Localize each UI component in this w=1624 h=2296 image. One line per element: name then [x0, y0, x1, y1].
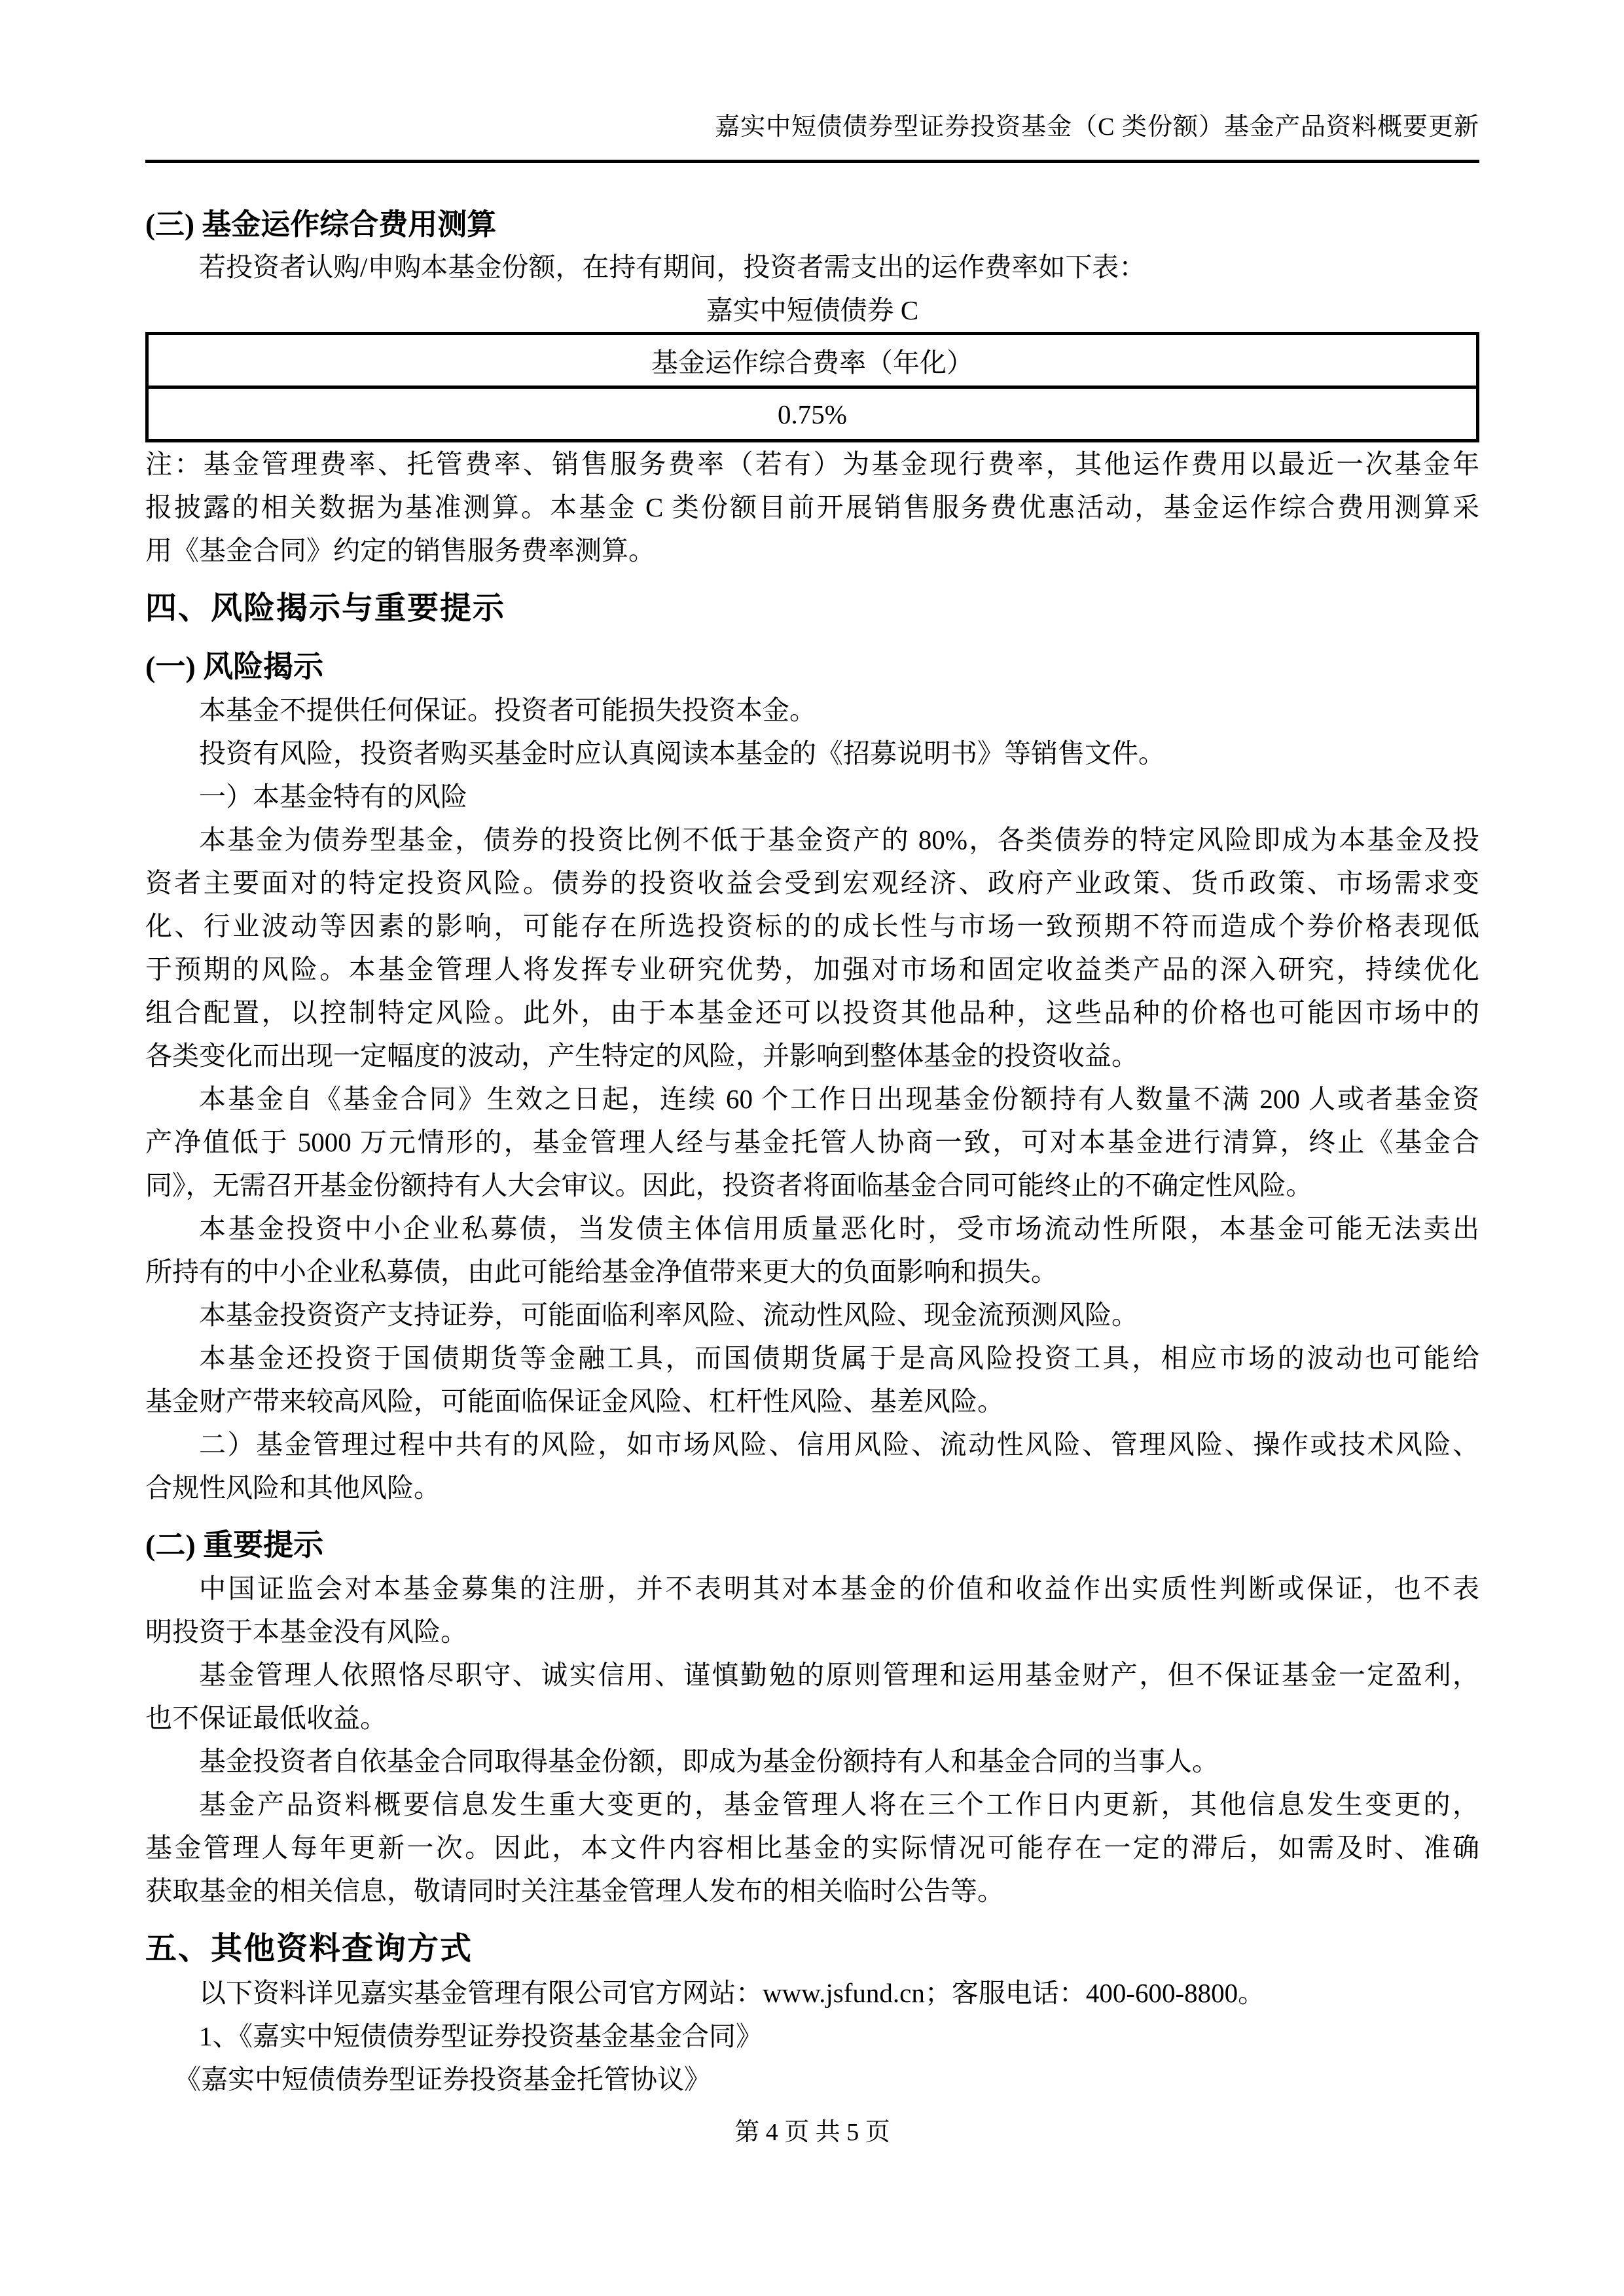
text-line: 本基金还投资于国债期货等金融工具，而国债期货属于是高风险投资工具，相应市场的波动…	[145, 1336, 1479, 1380]
fee-table-value-cell: 0.75%	[147, 387, 1478, 441]
text-line: 组合配置，以控制特定风险。此外，由于本基金还可以投资其他品种，这些品种的价格也可…	[145, 991, 1479, 1034]
text-line: 报披露的相关数据为基准测算。本基金 C 类份额目前开展销售服务费优惠活动，基金运…	[145, 486, 1479, 529]
text-line: 二）基金管理过程中共有的风险，如市场风险、信用风险、流动性风险、管理风险、操作或…	[145, 1423, 1479, 1466]
important-paragraph: 基金管理人依照恪尽职守、诚实信用、谨慎勤勉的原则管理和运用基金财产，但不保证基金…	[145, 1653, 1479, 1740]
subsection-heading-important-notes: (二) 重要提示	[145, 1524, 1479, 1567]
text-line: 本基金自《基金合同》生效之日起，连续 60 个工作日出现基金份额持有人数量不满 …	[145, 1077, 1479, 1121]
risk-paragraph: 投资有风险，投资者购买基金时应认真阅读本基金的《招募说明书》等销售文件。	[145, 732, 1479, 775]
text-line: 基金产品资料概要信息发生重大变更的，基金管理人将在三个工作日内更新，其他信息发生…	[145, 1783, 1479, 1826]
risk-paragraph: 本基金投资资产支持证券，可能面临利率风险、流动性风险、现金流预测风险。	[145, 1293, 1479, 1336]
text-line: 投资有风险，投资者购买基金时应认真阅读本基金的《招募说明书》等销售文件。	[145, 732, 1479, 775]
risk-paragraph: 本基金自《基金合同》生效之日起，连续 60 个工作日出现基金份额持有人数量不满 …	[145, 1077, 1479, 1207]
text-line: 所持有的中小企业私募债，由此可能给基金净值带来更大的负面影响和损失。	[145, 1250, 1479, 1293]
text-line: 明投资于本基金没有风险。	[145, 1610, 1479, 1653]
subsection-heading-risk-disclosure: (一) 风险揭示	[145, 645, 1479, 689]
risk-paragraph: 二）基金管理过程中共有的风险，如市场风险、信用风险、流动性风险、管理风险、操作或…	[145, 1423, 1479, 1509]
text-line: 也不保证最低收益。	[145, 1696, 1479, 1740]
text-line: 化、行业波动等因素的影响，可能存在所选投资标的的成长性与市场一致预期不符而造成个…	[145, 905, 1479, 948]
fee-table-header-row: 基金运作综合费率（年化）	[147, 334, 1478, 387]
text-line: 本基金投资资产支持证券，可能面临利率风险、流动性风险、现金流预测风险。	[145, 1293, 1479, 1336]
text-line: 合规性风险和其他风险。	[145, 1466, 1479, 1509]
document-page: 嘉实中短债债券型证券投资基金（C 类份额）基金产品资料概要更新 (三) 基金运作…	[0, 0, 1624, 2296]
header-rule	[145, 160, 1479, 163]
fee-intro: 若投资者认购/申购本基金份额，在持有期间，投资者需支出的运作费率如下表：	[145, 245, 1479, 289]
fee-table-value-row: 0.75%	[147, 387, 1478, 441]
page-footer: 第 4 页 共 5 页	[145, 2117, 1479, 2148]
text-line: 资者主要面对的特定投资风险。债券的投资收益会受到宏观经济、政府产业政策、货币政策…	[145, 861, 1479, 905]
text-line: 获取基金的相关信息，敬请同时关注基金管理人发布的相关临时公告等。	[145, 1869, 1479, 1912]
important-paragraph: 基金投资者自依基金合同取得基金份额，即成为基金份额持有人和基金合同的当事人。	[145, 1740, 1479, 1783]
fee-table-header-cell: 基金运作综合费率（年化）	[147, 334, 1478, 387]
risk-paragraph: 一）本基金特有的风险	[145, 775, 1479, 818]
text-line: 同》，无需召开基金份额持有人大会审议。因此，投资者将面临基金合同可能终止的不确定…	[145, 1164, 1479, 1207]
text-line: 各类变化而出现一定幅度的波动，产生特定的风险，并影响到整体基金的投资收益。	[145, 1034, 1479, 1077]
risk-paragraph: 本基金不提供任何保证。投资者可能损失投资本金。	[145, 689, 1479, 732]
text-line: 基金财产带来较高风险，可能面临保证金风险、杠杆性风险、基差风险。	[145, 1380, 1479, 1423]
risk-paragraph: 本基金投资中小企业私募债，当发债主体信用质量恶化时，受市场流动性所限，本基金可能…	[145, 1207, 1479, 1293]
risk-paragraph: 本基金为债券型基金，债券的投资比例不低于基金资产的 80%，各类债券的特定风险即…	[145, 818, 1479, 1077]
section-heading-other-info: 五、其他资料查询方式	[145, 1927, 1479, 1971]
other-paragraph: 以下资料详见嘉实基金管理有限公司官方网站：www.jsfund.cn；客服电话：…	[145, 1971, 1479, 2015]
text-line: 基金管理人每年更新一次。因此，本文件内容相比基金的实际情况可能存在一定的滞后，如…	[145, 1826, 1479, 1869]
text-line: 《嘉实中短债债券型证券投资基金托管协议》	[145, 2058, 1479, 2101]
section-heading-risk: 四、风险揭示与重要提示	[145, 586, 1479, 631]
text-line: 中国证监会对本基金募集的注册，并不表明其对本基金的价值和收益作出实质性判断或保证…	[145, 1567, 1479, 1610]
important-paragraph: 中国证监会对本基金募集的注册，并不表明其对本基金的价值和收益作出实质性判断或保证…	[145, 1567, 1479, 1653]
other-paragraph: 《嘉实中短债债券型证券投资基金托管协议》	[145, 2058, 1479, 2101]
text-line: 1、《嘉实中短债债券型证券投资基金基金合同》	[145, 2015, 1479, 2058]
text-line: 本基金投资中小企业私募债，当发债主体信用质量恶化时，受市场流动性所限，本基金可能…	[145, 1207, 1479, 1250]
other-paragraph: 1、《嘉实中短债债券型证券投资基金基金合同》	[145, 2015, 1479, 2058]
text-line: 一）本基金特有的风险	[145, 775, 1479, 818]
section-heading-fee: (三) 基金运作综合费用测算	[145, 204, 1479, 245]
text-line: 本基金不提供任何保证。投资者可能损失投资本金。	[145, 689, 1479, 732]
text-line: 本基金为债券型基金，债券的投资比例不低于基金资产的 80%，各类债券的特定风险即…	[145, 818, 1479, 861]
doc-title: 嘉实中短债债券型证券投资基金（C 类份额）基金产品资料概要更新	[145, 0, 1479, 143]
text-line: 于预期的风险。本基金管理人将发挥专业研究优势，加强对市场和固定收益类产品的深入研…	[145, 948, 1479, 991]
text-line: 以下资料详见嘉实基金管理有限公司官方网站：www.jsfund.cn；客服电话：…	[145, 1971, 1479, 2015]
text-line: 若投资者认购/申购本基金份额，在持有期间，投资者需支出的运作费率如下表：	[145, 245, 1479, 289]
fee-table: 基金运作综合费率（年化） 0.75%	[145, 332, 1479, 442]
text-line: 基金管理人依照恪尽职守、诚实信用、谨慎勤勉的原则管理和运用基金财产，但不保证基金…	[145, 1653, 1479, 1696]
text-line: 产净值低于 5000 万元情形的，基金管理人经与基金托管人协商一致，可对本基金进…	[145, 1121, 1479, 1164]
important-paragraph: 基金产品资料概要信息发生重大变更的，基金管理人将在三个工作日内更新，其他信息发生…	[145, 1783, 1479, 1912]
risk-paragraph: 本基金还投资于国债期货等金融工具，而国债期货属于是高风险投资工具，相应市场的波动…	[145, 1336, 1479, 1423]
fee-note: 注：基金管理费率、托管费率、销售服务费率（若有）为基金现行费率，其他运作费用以最…	[145, 442, 1479, 572]
text-line: 用《基金合同》约定的销售服务费率测算。	[145, 529, 1479, 572]
text-line: 基金投资者自依基金合同取得基金份额，即成为基金份额持有人和基金合同的当事人。	[145, 1740, 1479, 1783]
text-line: 注：基金管理费率、托管费率、销售服务费率（若有）为基金现行费率，其他运作费用以最…	[145, 442, 1479, 486]
fee-table-caption: 嘉实中短债债券 C	[145, 289, 1479, 332]
